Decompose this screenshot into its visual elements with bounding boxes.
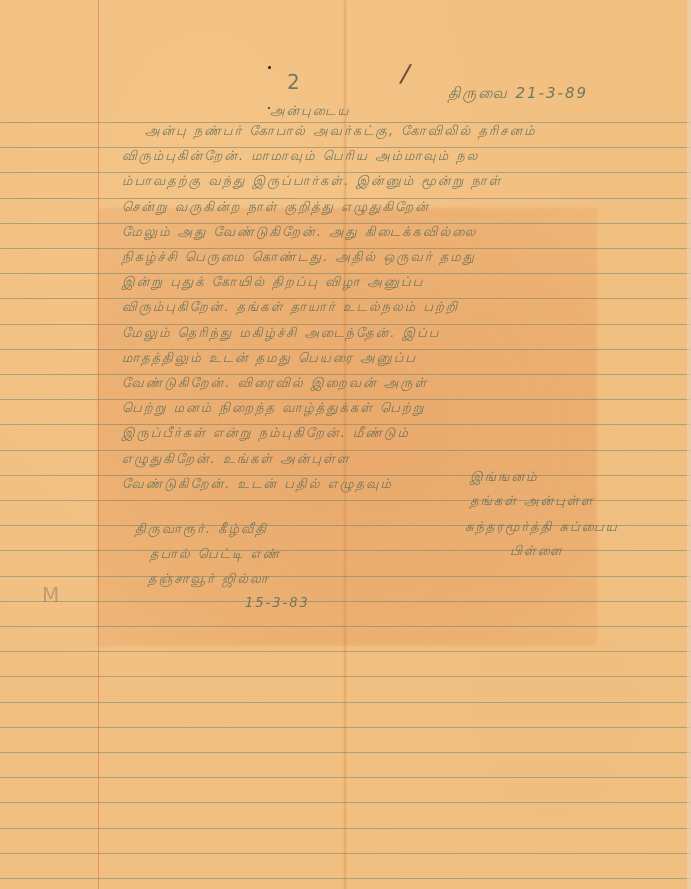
ruled-line	[0, 424, 691, 425]
ruled-line	[0, 475, 691, 476]
signature-suffix: பிள்ளை	[510, 544, 564, 560]
letter-body-line: மேலும் தெரிந்து மகிழ்ச்சி அடைந்தேன். இப்…	[122, 326, 440, 342]
address-line-3: தஞ்சாவூர் ஜில்லா	[148, 572, 270, 588]
letter-body-line: ம்பாவதற்கு வந்து இருப்பார்கள். இன்னும் ம…	[122, 174, 502, 190]
ruled-line	[0, 349, 691, 350]
ruled-line	[0, 878, 691, 879]
ruled-line	[0, 576, 691, 577]
letter-body-line: நிகழ்ச்சி பெருமை கொண்டது. அதில் ஒருவர் த…	[122, 250, 476, 266]
ruled-line	[0, 324, 691, 325]
letter-body-line: அன்பு நண்பர் கோபால் அவர்கட்கு, கோவிலில் …	[145, 124, 537, 140]
ruled-line	[0, 122, 691, 123]
ruled-line	[0, 853, 691, 854]
ruled-line	[0, 450, 691, 451]
ruled-line	[0, 702, 691, 703]
ruled-line	[0, 676, 691, 677]
page-number: 2	[287, 70, 300, 94]
ruled-line	[0, 601, 691, 602]
ruled-line	[0, 828, 691, 829]
address-line-2: தபால் பெட்டி எண்	[150, 547, 281, 563]
letter-body-line: எழுதுகிறேன். உங்கள் அன்புள்ள	[122, 452, 350, 468]
letter-body-line: வேண்டுகிறேன். உடன் பதில் எழுதவும்	[122, 477, 393, 493]
ruled-line	[0, 147, 691, 148]
letter-body-line: மேலும் அது வேண்டுகிறேன். அது கிடைக்கவில்…	[122, 225, 477, 241]
ruled-line	[0, 550, 691, 551]
ruled-line	[0, 651, 691, 652]
letter-body-line: பெற்று மனம் நிறைந்த வாழ்த்துக்கள் பெற்று	[122, 401, 426, 417]
letter-body-line: விரும்புகிறேன். தங்கள் தாயார் உடல்நலம் ப…	[122, 300, 459, 316]
address-date: 15-3-83	[245, 596, 310, 611]
letter-body-line: விரும்புகின்றேன். மாமாவும் பெரிய அம்மாவு…	[122, 149, 479, 165]
letter-body-line: இருப்பீர்கள் என்று நம்புகிறேன். மீண்டும்	[122, 426, 410, 442]
ruled-line	[0, 198, 691, 199]
ruled-line	[0, 777, 691, 778]
salutation: அன்புடைய	[270, 104, 351, 120]
ruled-line	[0, 248, 691, 249]
margin-line	[98, 0, 99, 889]
ruled-line	[0, 399, 691, 400]
paper-edge	[687, 0, 691, 889]
letter-body-line: வேண்டுகிறேன். விரைவில் இறைவன் அருள்	[122, 376, 428, 392]
ruled-line	[0, 172, 691, 173]
letter-body-line: மாதத்திலும் உடன் தமது பெயரை அனுப்ப	[122, 351, 417, 367]
letter-date: திருவை 21-3-89	[448, 84, 588, 104]
closing-line-1: இங்ஙனம்	[470, 470, 539, 486]
ruled-line	[0, 374, 691, 375]
address-line-1: திருவாரூர். கீழ்வீதி	[135, 522, 268, 538]
ruled-line	[0, 626, 691, 627]
slash-mark: /	[398, 59, 413, 90]
signature: சுந்தரமூர்த்தி சுப்பைய	[465, 520, 619, 536]
ruled-line	[0, 802, 691, 803]
ruled-line	[0, 752, 691, 753]
ruled-line	[0, 727, 691, 728]
ink-dot	[268, 66, 271, 69]
ruled-line	[0, 223, 691, 224]
closing-line-2: தங்கள் அன்புள்ள	[470, 494, 594, 510]
pencil-annotation: M	[42, 583, 63, 607]
letter-page: 2 / திருவை 21-3-89 அன்புடைய அன்பு நண்பர்…	[0, 0, 691, 889]
letter-body-line: இன்று புதுக் கோயில் திறப்பு விழா அனுப்ப	[122, 275, 424, 291]
ruled-line	[0, 273, 691, 274]
letter-body-line: சென்று வருகின்ற நாள் குறித்து எழுதுகிறேன…	[122, 200, 430, 216]
ruled-line	[0, 298, 691, 299]
